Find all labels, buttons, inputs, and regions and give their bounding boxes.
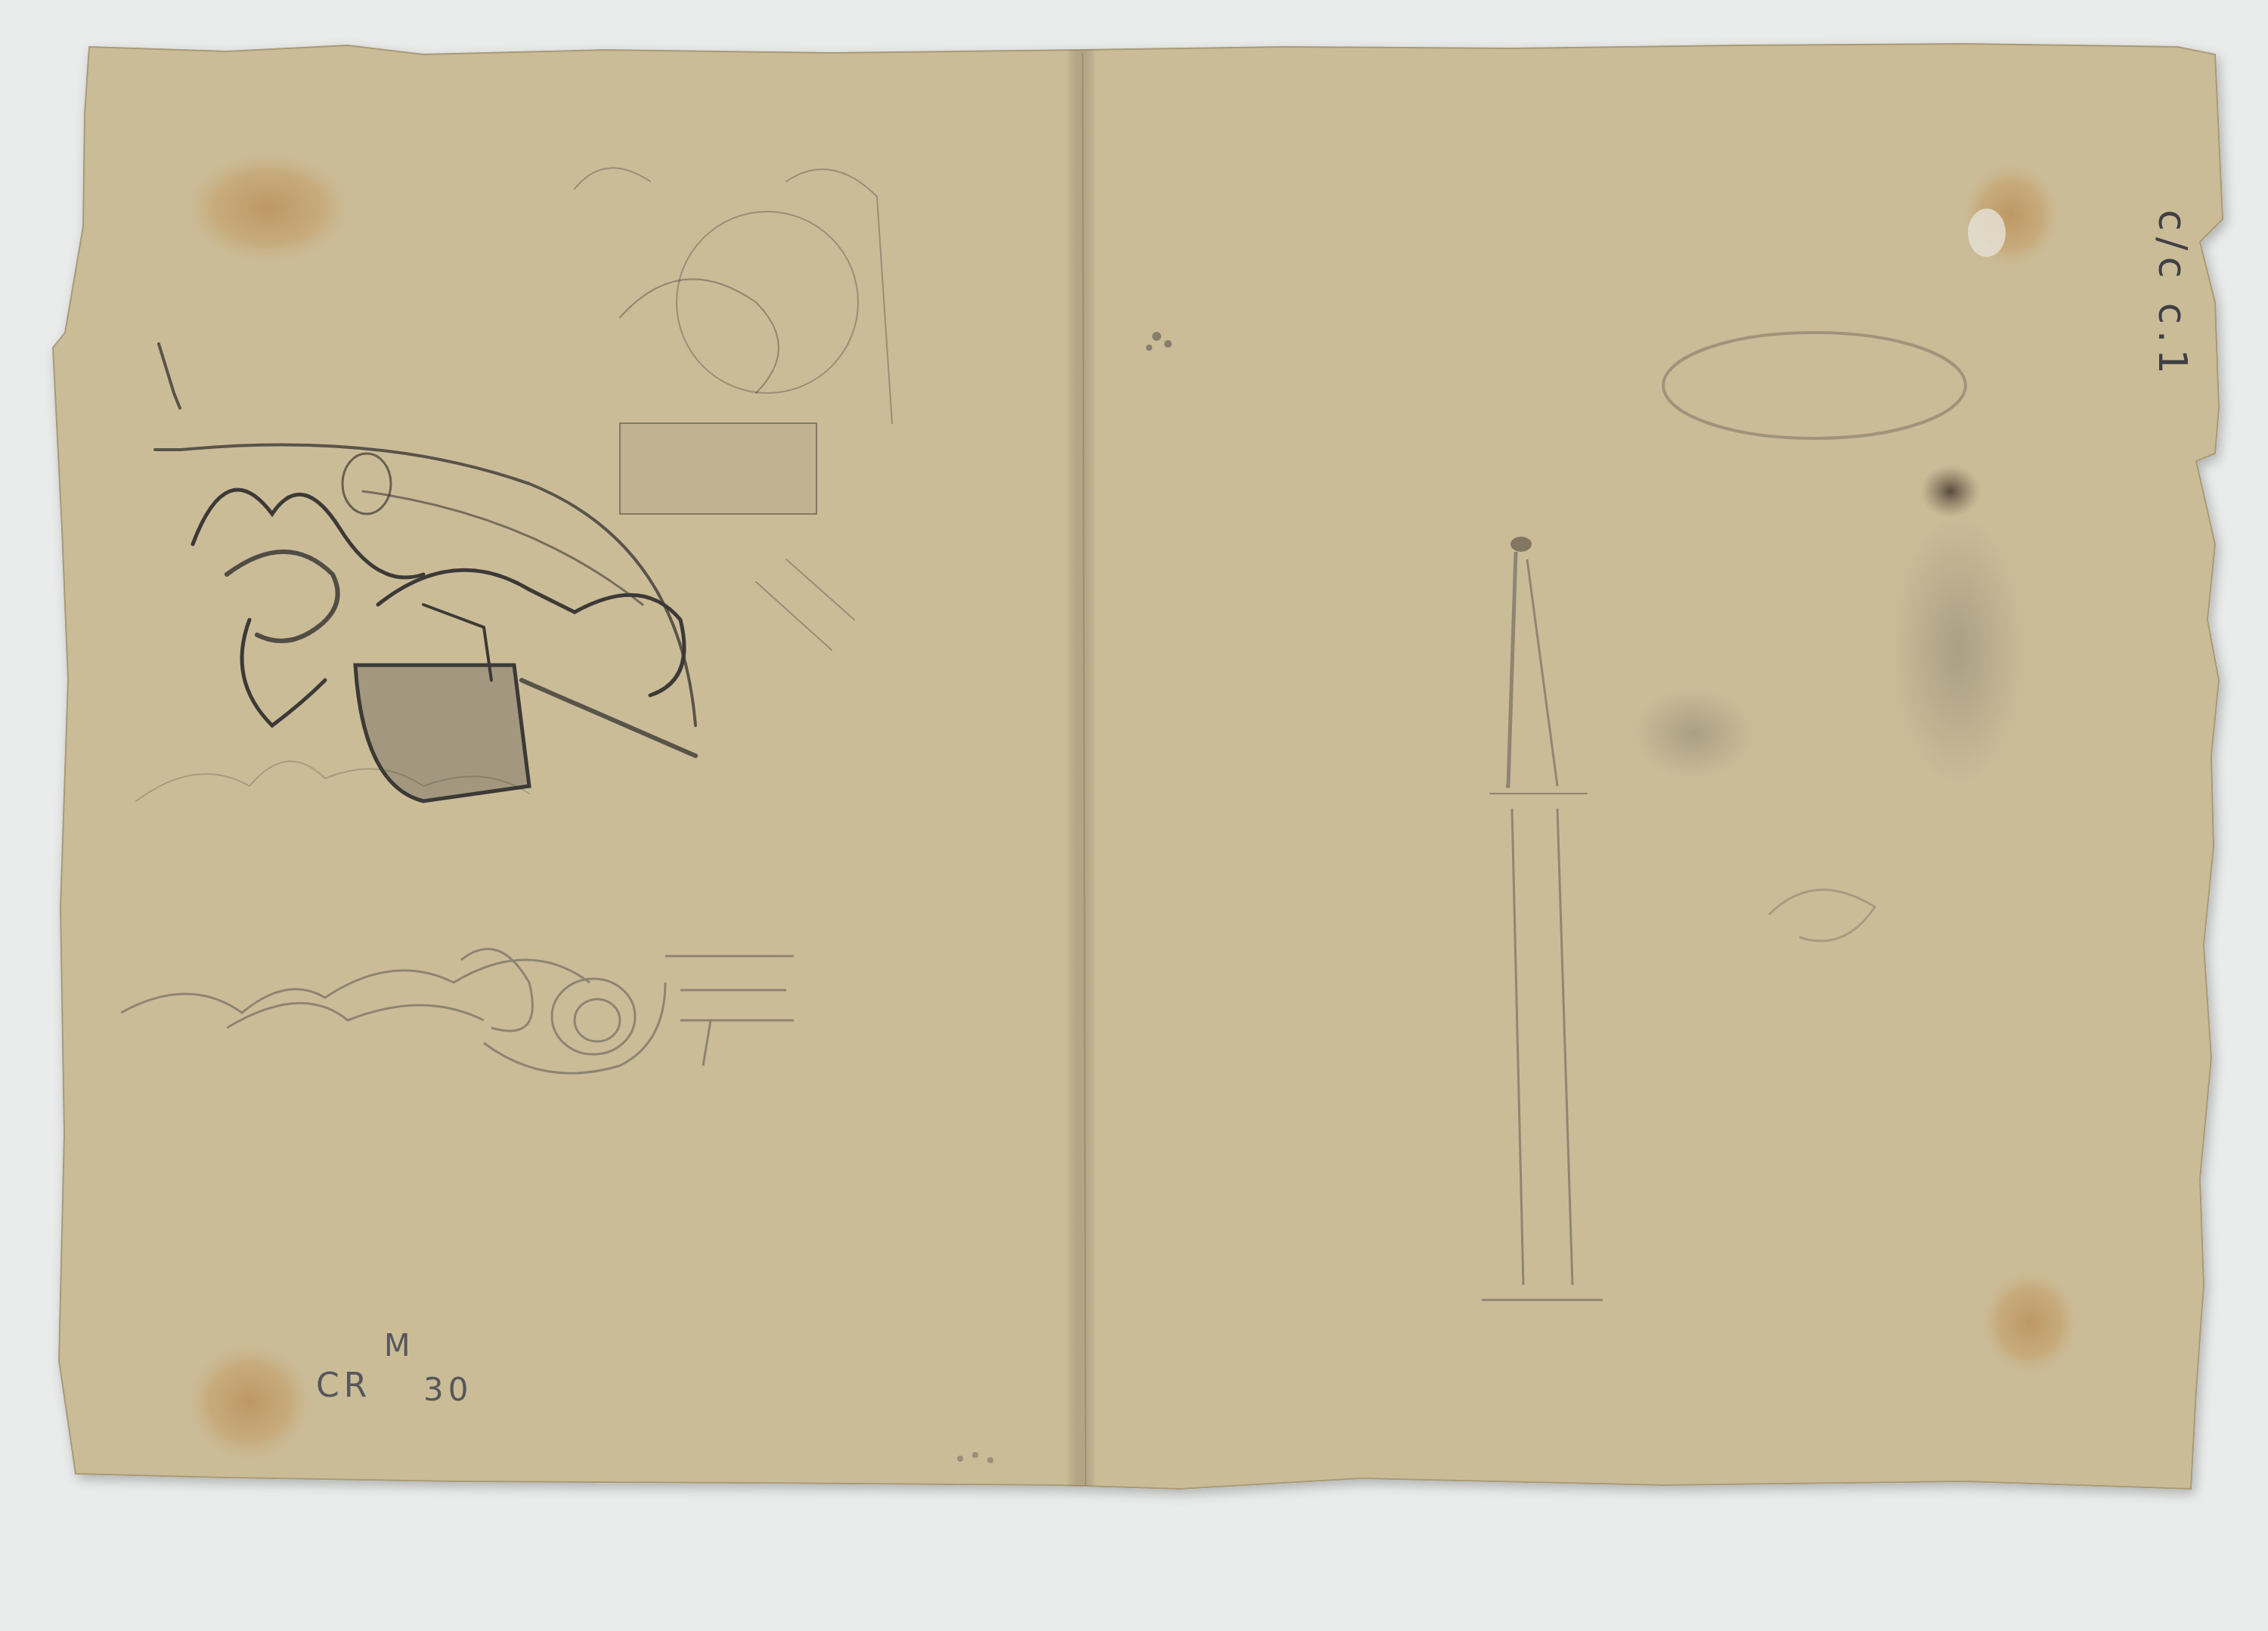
- stain-bottom-right: [1977, 1266, 2083, 1379]
- center-fold: [1066, 50, 1096, 1486]
- inscription-number: 30: [423, 1371, 472, 1408]
- inscription-cr: CR: [316, 1366, 371, 1405]
- stain-top-left: [178, 147, 359, 268]
- inscription-superscript-m: M: [384, 1329, 415, 1363]
- stain-bottom-left: [181, 1338, 318, 1466]
- inscription-upper-right: c/c c.1: [2149, 209, 2195, 379]
